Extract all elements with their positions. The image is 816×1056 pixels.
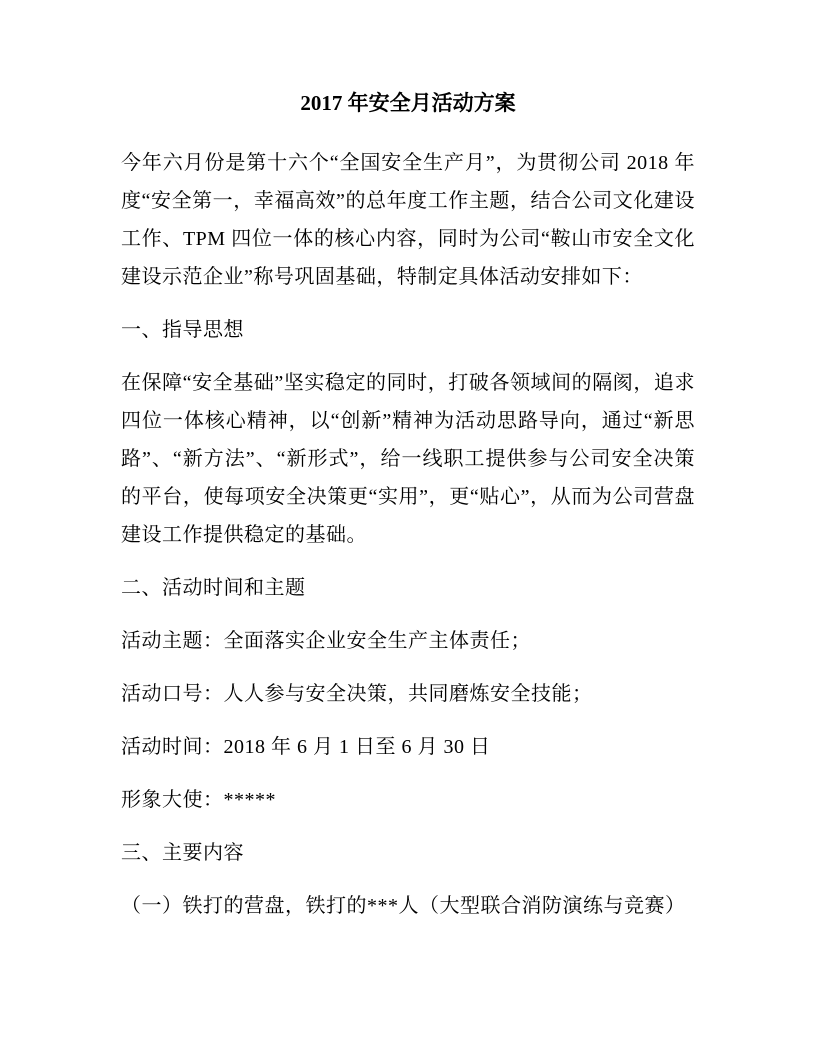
line-activity-theme: 活动主题：全面落实企业安全生产主体责任；	[121, 622, 695, 660]
heading-section-2: 二、活动时间和主题	[121, 569, 695, 607]
document-page: 2017 年安全月活动方案 今年六月份是第十六个“全国安全生产月”，为贯彻公司 …	[0, 0, 816, 1056]
line-content-item-1: （一）铁打的营盘，铁打的***人（大型联合消防演练与竞赛）	[121, 887, 695, 925]
document-title: 2017 年安全月活动方案	[121, 84, 695, 122]
line-image-ambassador: 形象大使：*****	[121, 781, 695, 819]
paragraph-intro: 今年六月份是第十六个“全国安全生产月”，为贯彻公司 2018 年度“安全第一，幸…	[121, 144, 695, 296]
line-activity-time: 活动时间：2018 年 6 月 1 日至 6 月 30 日	[121, 728, 695, 766]
paragraph-guiding-ideology: 在保障“安全基础”坚实稳定的同时，打破各领域间的隔阂，追求四位一体核心精神，以“…	[121, 364, 695, 554]
heading-section-1: 一、指导思想	[121, 311, 695, 349]
heading-section-3: 三、主要内容	[121, 834, 695, 872]
line-activity-slogan: 活动口号：人人参与安全决策，共同磨炼安全技能；	[121, 675, 695, 713]
